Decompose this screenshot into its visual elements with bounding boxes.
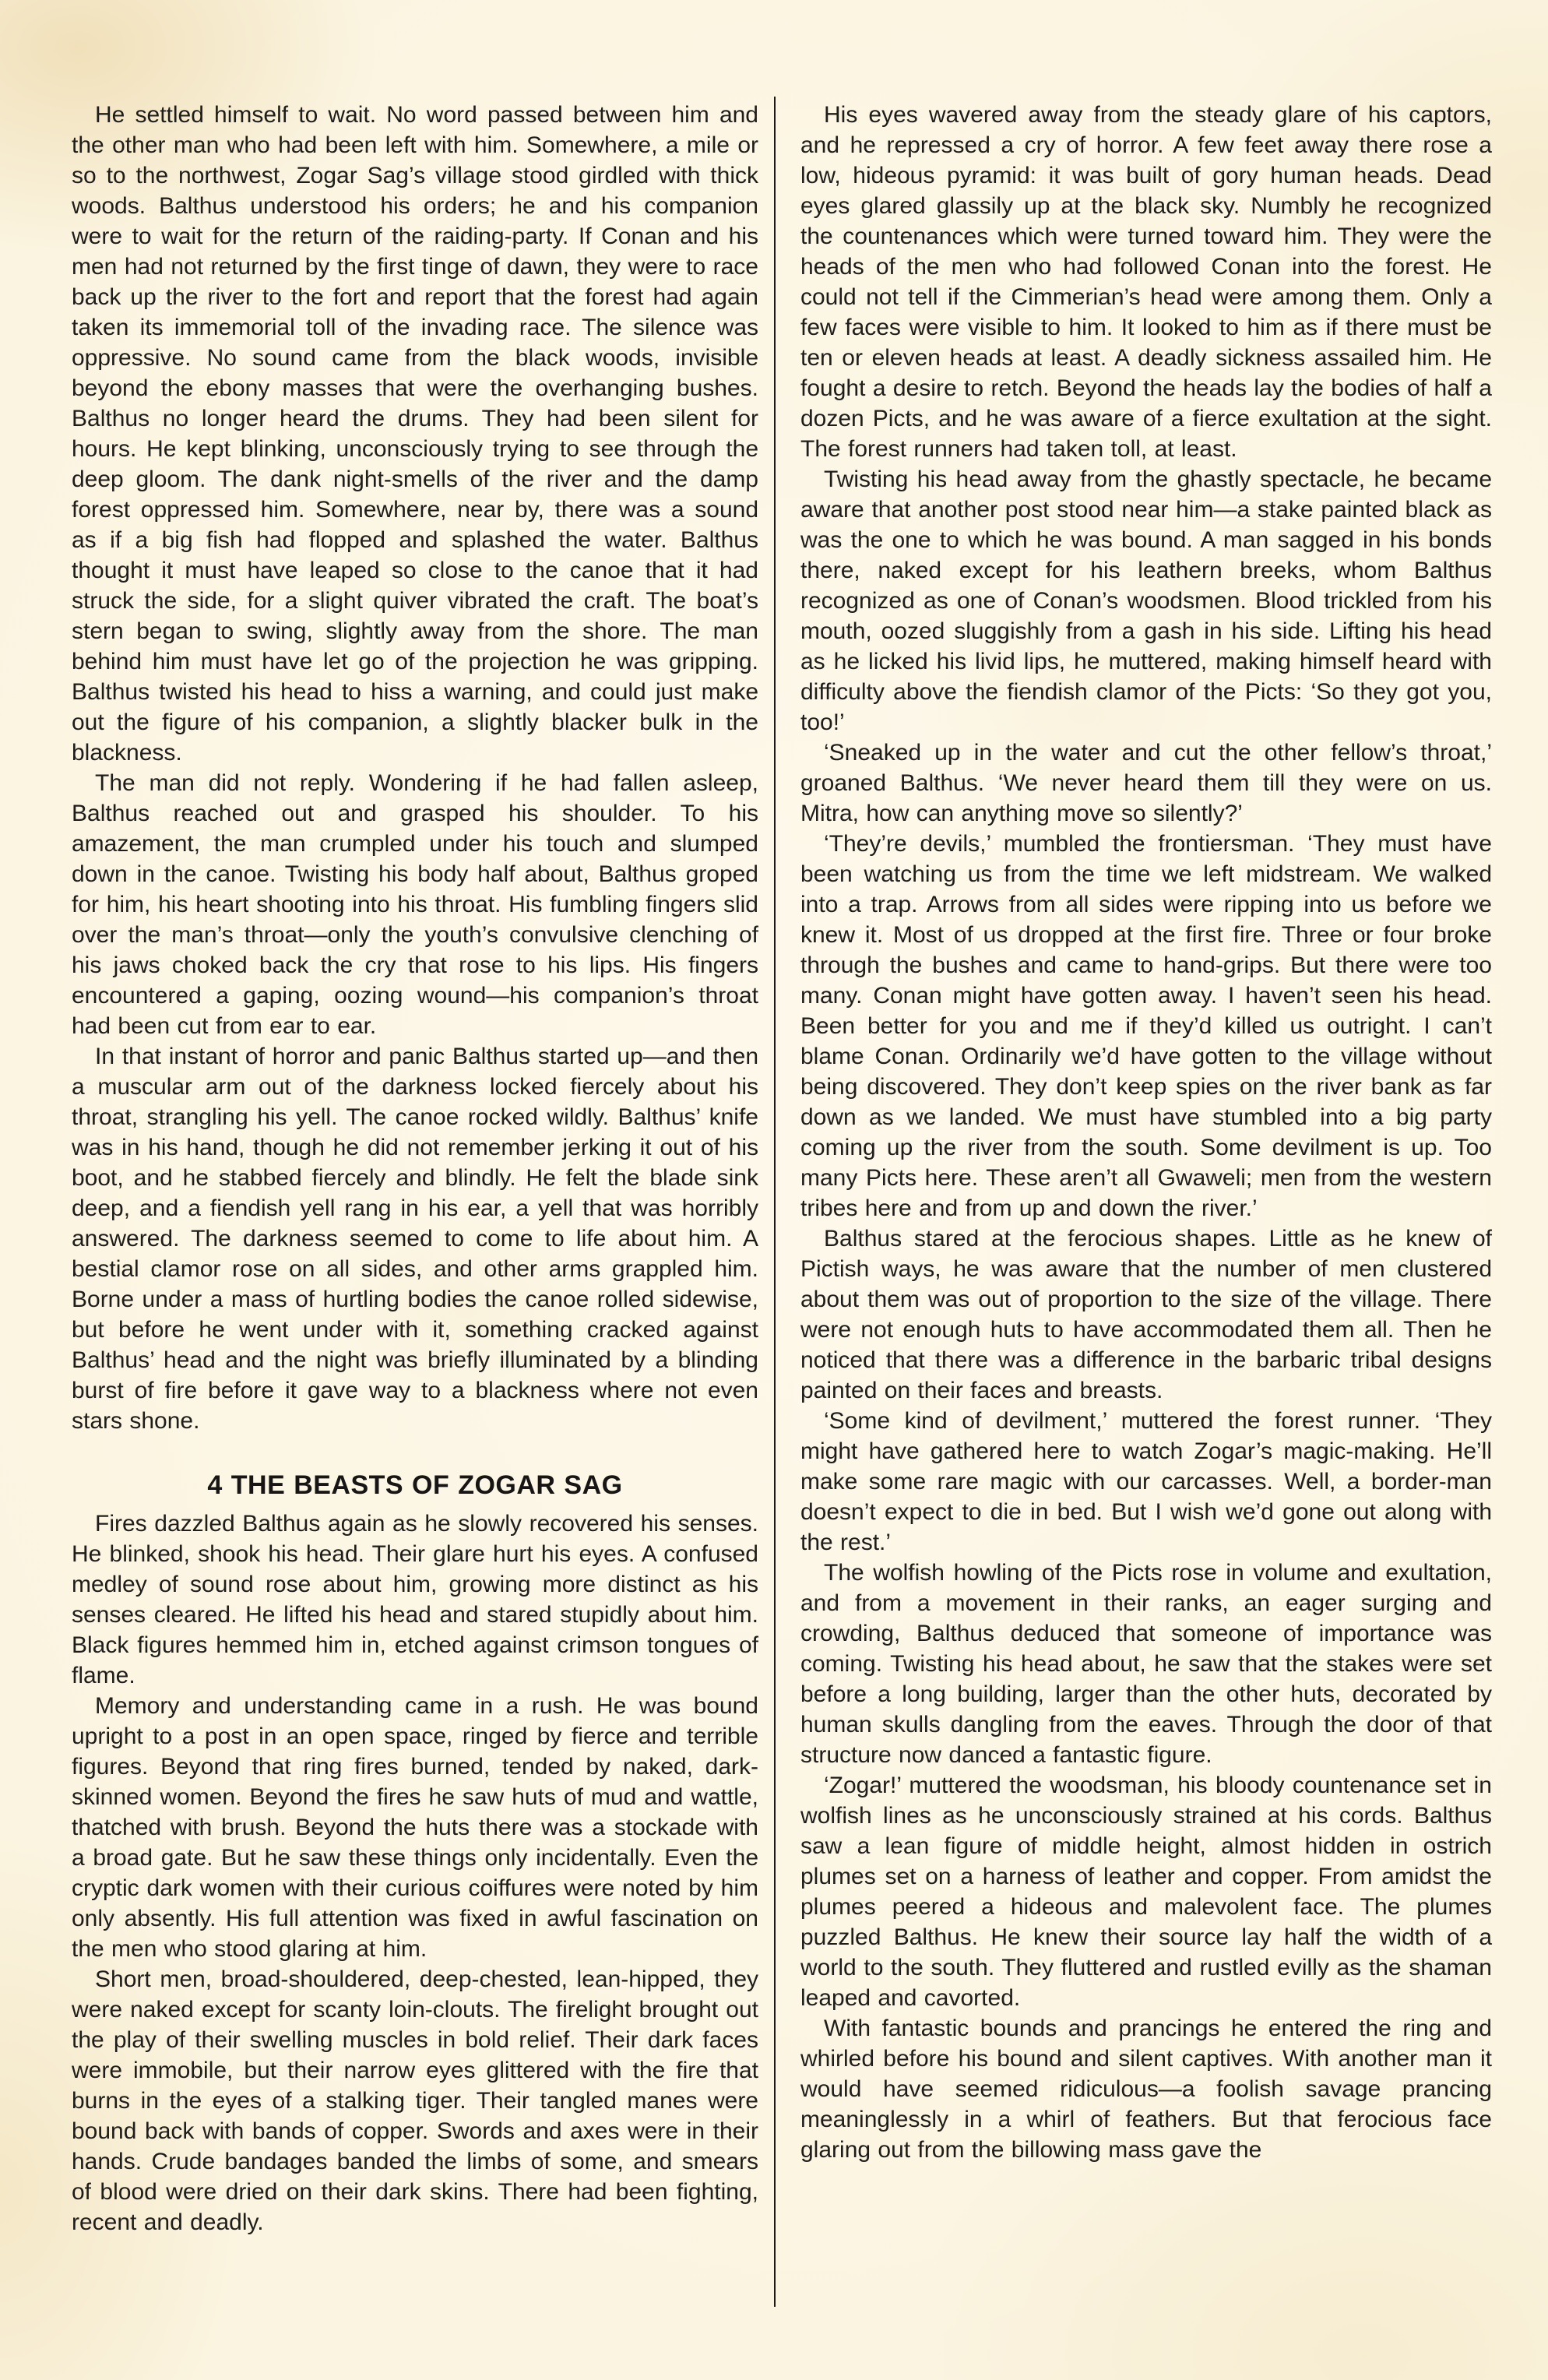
paragraph: Balthus stared at the ferocious shapes. … — [800, 1223, 1492, 1406]
book-page: He settled himself to wait. No word pass… — [0, 0, 1548, 2380]
paragraph: His eyes wavered away from the steady gl… — [800, 100, 1492, 464]
paragraph: ‘Zogar!’ muttered the woodsman, his bloo… — [800, 1770, 1492, 2013]
paragraph: With fantastic bounds and prancings he e… — [800, 2013, 1492, 2165]
paragraph: ‘Some kind of devilment,’ muttered the f… — [800, 1406, 1492, 1558]
column-divider — [774, 97, 776, 2307]
paragraph: Short men, broad-shouldered, deep-cheste… — [72, 1964, 758, 2237]
paragraph: ‘They’re devils,’ mumbled the frontiersm… — [800, 829, 1492, 1223]
paragraph: Memory and understanding came in a rush.… — [72, 1691, 758, 1964]
right-column: His eyes wavered away from the steady gl… — [800, 100, 1492, 2165]
paragraph: In that instant of horror and panic Balt… — [72, 1041, 758, 1436]
paragraph: He settled himself to wait. No word pass… — [72, 100, 758, 768]
section-heading: 4 THE BEASTS OF ZOGAR SAG — [72, 1470, 758, 1501]
paragraph: Twisting his head away from the ghastly … — [800, 464, 1492, 738]
paragraph: The wolfish howling of the Picts rose in… — [800, 1558, 1492, 1770]
paragraph: Fires dazzled Balthus again as he slowly… — [72, 1509, 758, 1691]
paragraph: ‘Sneaked up in the water and cut the oth… — [800, 738, 1492, 829]
paragraph: The man did not reply. Wondering if he h… — [72, 768, 758, 1041]
left-column: He settled himself to wait. No word pass… — [72, 100, 758, 2237]
